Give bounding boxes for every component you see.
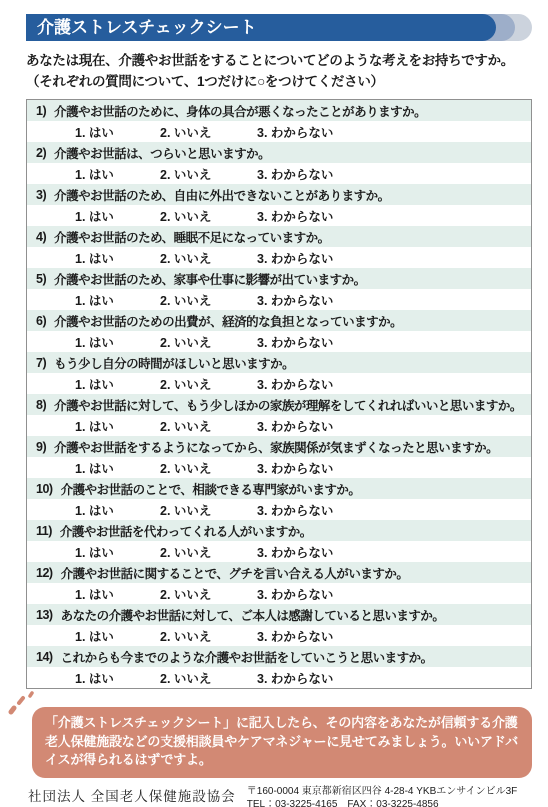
answer-option-no[interactable]: 2. いいえ [160,585,257,603]
answer-option-unknown[interactable]: 3. わからない [257,333,333,351]
answer-option-unknown[interactable]: 3. わからない [257,627,333,645]
answer-row: 1. はい 2. いいえ 3. わからない [27,163,531,184]
answer-row: 1. はい 2. いいえ 3. わからない [27,541,531,562]
answer-row: 1. はい 2. いいえ 3. わからない [27,499,531,520]
answer-row: 1. はい 2. いいえ 3. わからない [27,583,531,604]
answer-option-no[interactable]: 2. いいえ [160,249,257,267]
question-text: 介護やお世話のため、自由に外出できないことがありますか。 [54,186,390,204]
organization-name: 社団法人 全国老人保健施設協会 [28,785,236,805]
question-number: 10) [36,482,53,496]
answer-option-unknown[interactable]: 3. わからない [257,291,333,309]
answer-option-unknown[interactable]: 3. わからない [257,207,333,225]
question-table: 1) 介護やお世話のために、身体の具合が悪くなったことがありますか。 1. はい… [26,99,532,689]
question-number: 6) [36,314,46,328]
answer-row: 1. はい 2. いいえ 3. わからない [27,289,531,310]
question-row: 1) 介護やお世話のために、身体の具合が悪くなったことがありますか。 [27,100,531,121]
answer-option-unknown[interactable]: 3. わからない [257,585,333,603]
question-number: 3) [36,188,46,202]
answer-option-yes[interactable]: 1. はい [75,165,160,183]
question-row: 14) これからも今までのような介護やお世話をしていこうと思いますか。 [27,646,531,667]
answer-option-yes[interactable]: 1. はい [75,627,160,645]
answer-option-yes[interactable]: 1. はい [75,543,160,561]
answer-option-no[interactable]: 2. いいえ [160,417,257,435]
answer-row: 1. はい 2. いいえ 3. わからない [27,205,531,226]
question-text: 介護やお世話を代わってくれる人がいますか。 [60,522,312,540]
answer-row: 1. はい 2. いいえ 3. わからない [27,457,531,478]
answer-row: 1. はい 2. いいえ 3. わからない [27,625,531,646]
question-text: 介護やお世話に関することで、グチを言い合える人がいますか。 [61,564,409,582]
answer-option-no[interactable]: 2. いいえ [160,459,257,477]
answer-option-yes[interactable]: 1. はい [75,417,160,435]
question-text: 介護やお世話のため、家事や仕事に影響が出ていますか。 [54,270,366,288]
answer-option-no[interactable]: 2. いいえ [160,375,257,393]
intro-line-1: あなたは現在、介護やお世話をすることについてどのような考えをお持ちですか。 [26,50,538,71]
answer-option-yes[interactable]: 1. はい [75,459,160,477]
question-row: 8) 介護やお世話に対して、もう少しほかの家族が理解をしてくれればいいと思います… [27,394,531,415]
question-text: 介護やお世話のために、身体の具合が悪くなったことがありますか。 [54,102,426,120]
question-text: 介護やお世話のため、睡眠不足になっていますか。 [54,228,330,246]
answer-option-yes[interactable]: 1. はい [75,585,160,603]
question-row: 10) 介護やお世話のことで、相談できる専門家がいますか。 [27,478,531,499]
answer-option-yes[interactable]: 1. はい [75,333,160,351]
question-text: 介護やお世話のための出費が、経済的な負担となっていますか。 [54,312,402,330]
answer-row: 1. はい 2. いいえ 3. わからない [27,247,531,268]
answer-option-no[interactable]: 2. いいえ [160,501,257,519]
question-row: 6) 介護やお世話のための出費が、経済的な負担となっていますか。 [27,310,531,331]
question-number: 5) [36,272,46,286]
advice-note: 「介護ストレスチェックシート」に記入したら、その内容をあなたが信頼する介護老人保… [32,707,532,778]
question-row: 12) 介護やお世話に関することで、グチを言い合える人がいますか。 [27,562,531,583]
answer-row: 1. はい 2. いいえ 3. わからない [27,667,531,688]
answer-option-yes[interactable]: 1. はい [75,501,160,519]
question-row: 7) もう少し自分の時間がほしいと思いますか。 [27,352,531,373]
question-text: これからも今までのような介護やお世話をしていこうと思いますか。 [61,648,433,666]
question-number: 9) [36,440,46,454]
answer-option-no[interactable]: 2. いいえ [160,291,257,309]
answer-option-unknown[interactable]: 3. わからない [257,543,333,561]
question-row: 9) 介護やお世話をするようになってから、家族関係が気まずくなったと思いますか。 [27,436,531,457]
question-row: 2) 介護やお世話は、つらいと思いますか。 [27,142,531,163]
answer-option-no[interactable]: 2. いいえ [160,165,257,183]
question-row: 3) 介護やお世話のため、自由に外出できないことがありますか。 [27,184,531,205]
answer-option-no[interactable]: 2. いいえ [160,123,257,141]
tel-fax-line: TEL：03-3225-4165 FAX：03-3225-4856 [247,798,517,807]
question-text: 介護やお世話をするようになってから、家族関係が気まずくなったと思いますか。 [54,438,498,456]
question-row: 5) 介護やお世話のため、家事や仕事に影響が出ていますか。 [27,268,531,289]
answer-option-unknown[interactable]: 3. わからない [257,459,333,477]
answer-option-yes[interactable]: 1. はい [75,249,160,267]
question-number: 12) [36,566,53,580]
question-row: 13) あなたの介護やお世話に対して、ご本人は感謝していると思いますか。 [27,604,531,625]
answer-option-no[interactable]: 2. いいえ [160,207,257,225]
answer-option-yes[interactable]: 1. はい [75,375,160,393]
answer-option-unknown[interactable]: 3. わからない [257,249,333,267]
answer-option-no[interactable]: 2. いいえ [160,669,257,687]
question-row: 11) 介護やお世話を代わってくれる人がいますか。 [27,520,531,541]
question-number: 1) [36,104,46,118]
answer-option-yes[interactable]: 1. はい [75,207,160,225]
answer-row: 1. はい 2. いいえ 3. わからない [27,121,531,142]
question-row: 4) 介護やお世話のため、睡眠不足になっていますか。 [27,226,531,247]
page-title: 介護ストレスチェックシート [26,14,496,41]
answer-option-unknown[interactable]: 3. わからない [257,123,333,141]
care-stress-check-sheet-page: 介護ストレスチェックシート あなたは現在、介護やお世話をすることについてどのよう… [0,0,548,807]
answer-option-yes[interactable]: 1. はい [75,291,160,309]
answer-option-unknown[interactable]: 3. わからない [257,375,333,393]
answer-option-no[interactable]: 2. いいえ [160,543,257,561]
question-number: 11) [36,524,52,538]
intro-line-2: （それぞれの質問について、1つだけに○をつけてください） [26,71,538,92]
question-text: 介護やお世話は、つらいと思いますか。 [54,144,270,162]
answer-option-yes[interactable]: 1. はい [75,669,160,687]
question-number: 13) [36,608,53,622]
answer-row: 1. はい 2. いいえ 3. わからない [27,415,531,436]
question-text: 介護やお世話のことで、相談できる専門家がいますか。 [61,480,361,498]
title-banner: 介護ストレスチェックシート [26,14,532,41]
question-text: 介護やお世話に対して、もう少しほかの家族が理解をしてくれればいいと思いますか。 [54,396,522,414]
answer-option-yes[interactable]: 1. はい [75,123,160,141]
answer-row: 1. はい 2. いいえ 3. わからない [27,331,531,352]
answer-option-unknown[interactable]: 3. わからない [257,669,333,687]
question-number: 4) [36,230,46,244]
sparkle-icon [5,690,37,718]
answer-option-no[interactable]: 2. いいえ [160,333,257,351]
question-text: あなたの介護やお世話に対して、ご本人は感謝していると思いますか。 [61,606,445,624]
question-text: もう少し自分の時間がほしいと思いますか。 [54,354,294,372]
question-number: 7) [36,356,46,370]
answer-option-unknown[interactable]: 3. わからない [257,417,333,435]
question-number: 2) [36,146,46,160]
intro-text: あなたは現在、介護やお世話をすることについてどのような考えをお持ちですか。 （そ… [26,50,538,92]
answer-option-unknown[interactable]: 3. わからない [257,165,333,183]
question-number: 8) [36,398,46,412]
organization-address: 〒160-0004 東京都新宿区四谷 4-28-4 YKBエンサインビル3F T… [247,785,517,807]
answer-option-unknown[interactable]: 3. わからない [257,501,333,519]
question-number: 14) [36,650,53,664]
answer-option-no[interactable]: 2. いいえ [160,627,257,645]
footer: 社団法人 全国老人保健施設協会 〒160-0004 東京都新宿区四谷 4-28-… [28,785,548,807]
answer-row: 1. はい 2. いいえ 3. わからない [27,373,531,394]
address-line: 〒160-0004 東京都新宿区四谷 4-28-4 YKBエンサインビル3F [247,785,517,799]
